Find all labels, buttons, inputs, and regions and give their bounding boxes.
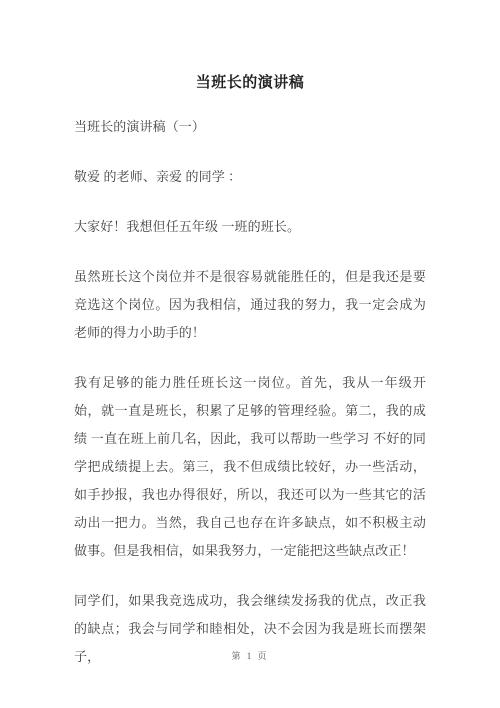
paragraph-body-2: 我有足够的能力胜任班长这一岗位。首先，我从一年级开始，就一直是班长，积累了足够的… (74, 369, 426, 565)
paragraph-salutation: 敬爱 的老师、亲爱 的同学 ： (74, 163, 426, 191)
document-title: 当班长的演讲稿 (74, 72, 426, 93)
paragraph-greeting: 大家好！我想但任五年级 一班的班长。 (74, 213, 426, 241)
page-number-footer: 第 1 页 (0, 649, 500, 662)
paragraph-subtitle: 当班长的演讲稿（一） (74, 113, 426, 141)
document-page: 当班长的演讲稿 当班长的演讲稿（一） 敬爱 的老师、亲爱 的同学 ： 大家好！我… (0, 0, 500, 708)
document-content: 当班长的演讲稿 当班长的演讲稿（一） 敬爱 的老师、亲爱 的同学 ： 大家好！我… (0, 0, 500, 671)
paragraph-body-1: 虽然班长这个岗位并不是很容易就能胜任的，但是我还是要竞选这个岗位。因为我相信，通… (74, 263, 426, 347)
